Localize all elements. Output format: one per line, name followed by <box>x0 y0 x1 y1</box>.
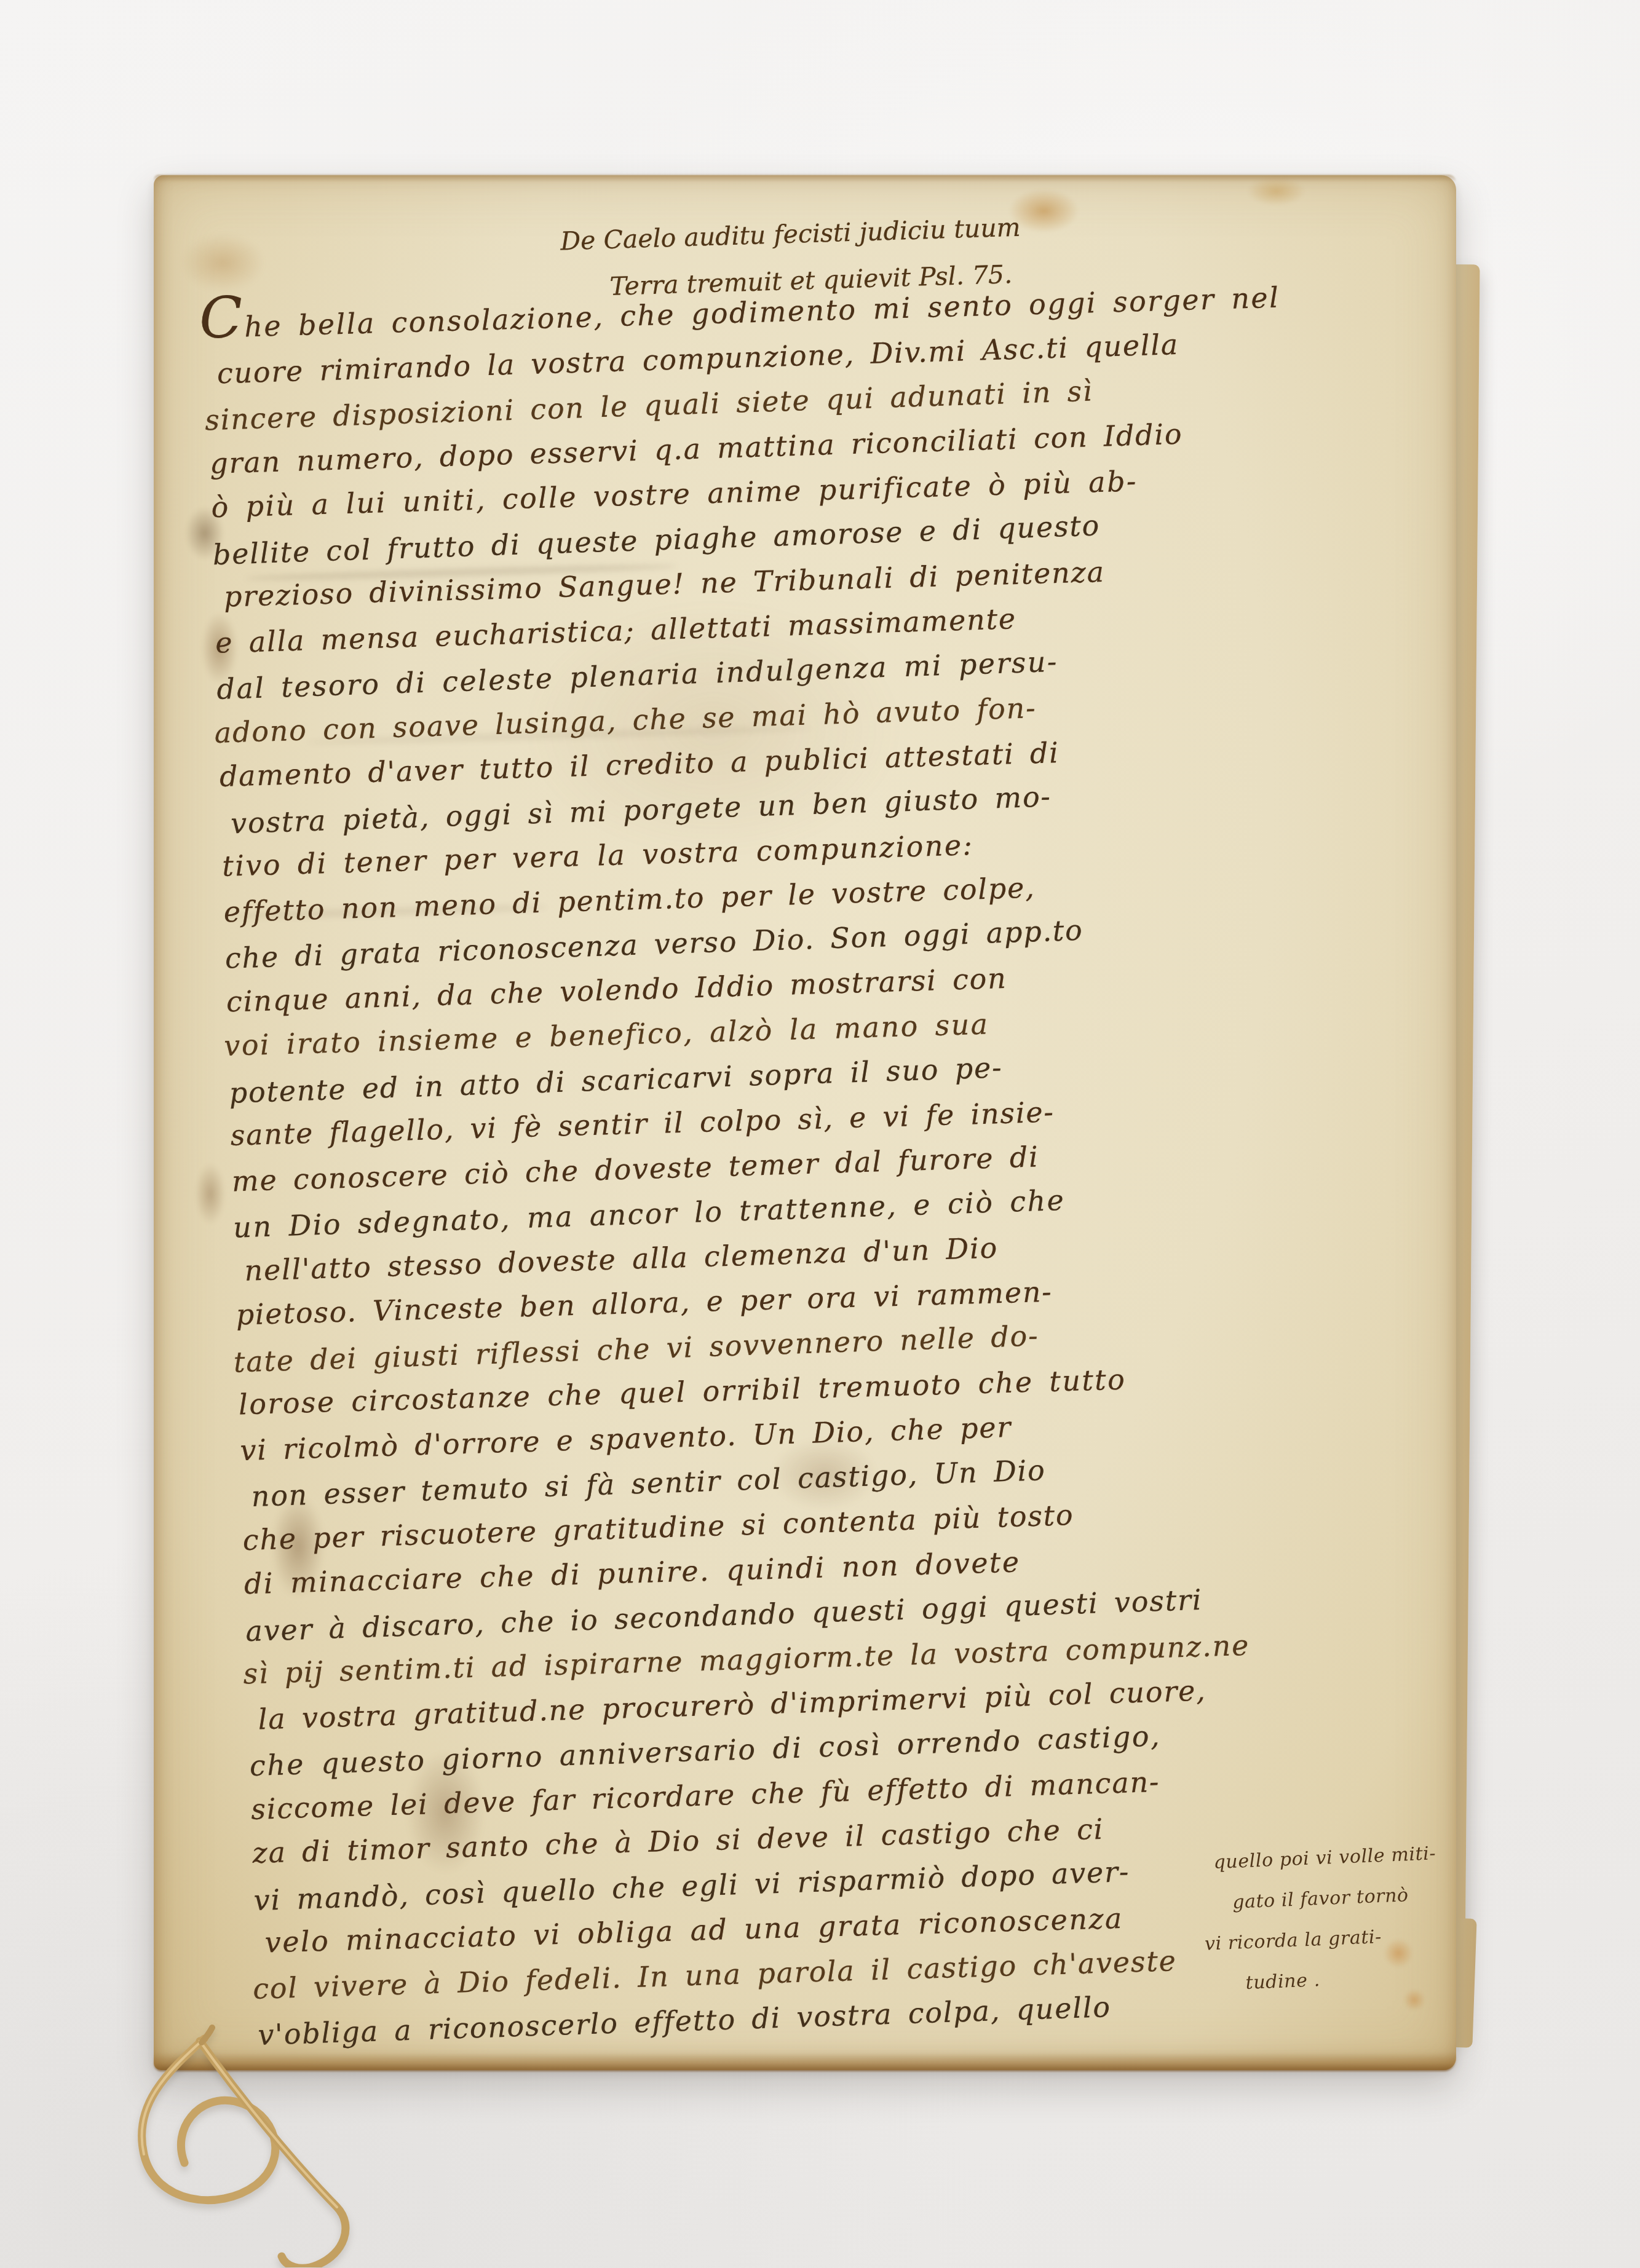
manuscript-body: Che bella consolazione, che godimento mi… <box>205 268 1315 2057</box>
margin-note-line: gato il favor tornò <box>1232 1874 1438 1923</box>
manuscript-page: De Caelo auditu fecisti judiciu tuum Ter… <box>154 175 1456 2070</box>
photo-background: De Caelo auditu fecisti judiciu tuum Ter… <box>0 0 1640 2268</box>
page-top-edge <box>154 175 1456 182</box>
margin-note: quello poi vi volle miti-gato il favor t… <box>1213 1833 1441 2005</box>
margin-note-line: tudine . <box>1245 1955 1441 2004</box>
binding-twine-icon <box>74 2009 418 2267</box>
ink-layer: De Caelo auditu fecisti judiciu tuum Ter… <box>149 138 1508 2071</box>
